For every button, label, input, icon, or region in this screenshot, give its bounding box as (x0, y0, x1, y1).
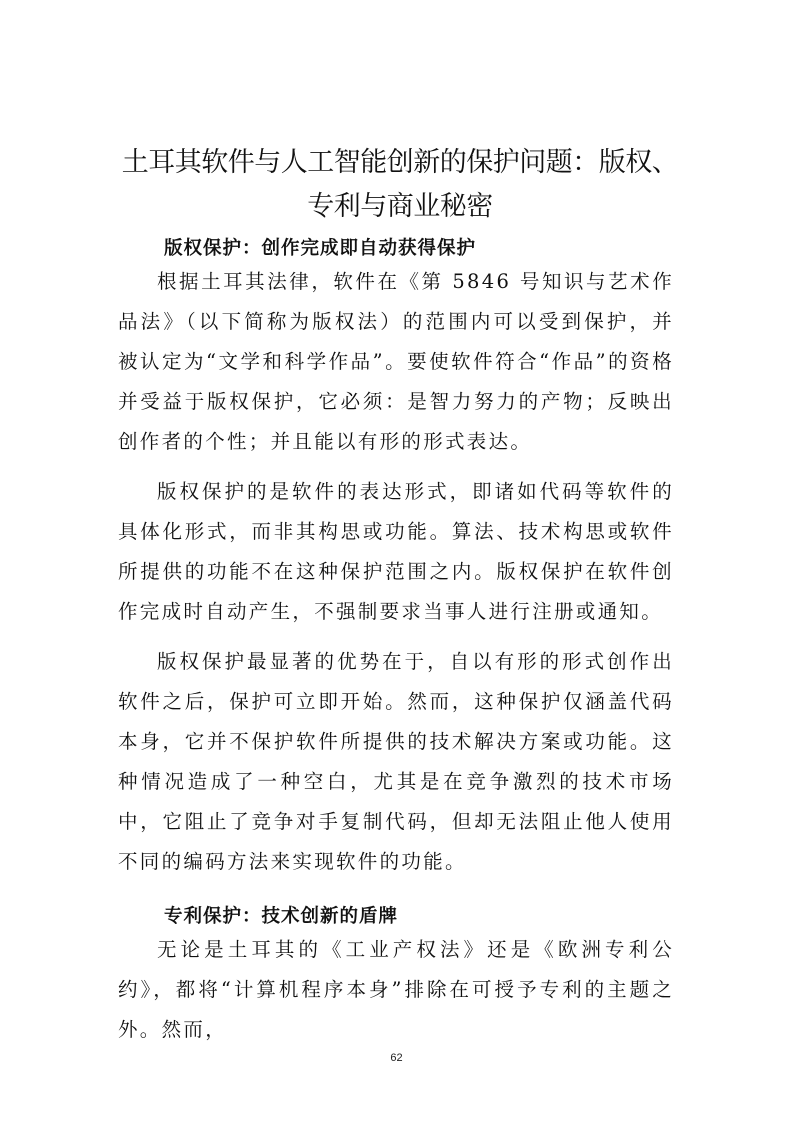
document-title: 土耳其软件与人工智能创新的保护问题：版权、专利与商业秘密 (110, 141, 690, 229)
paragraph-copyright-advantage: 版权保护最显著的优势在于，自以有形的形式创作出软件之后，保护可立即开始。然而，这… (118, 642, 674, 882)
page-number: 62 (0, 1052, 793, 1064)
document-page: 土耳其软件与人工智能创新的保护问题：版权、专利与商业秘密 版权保护：创作完成即自… (0, 0, 793, 1122)
paragraph-copyright-scope: 版权保护的是软件的表达形式，即诸如代码等软件的具体化形式，而非其构思或功能。算法… (118, 472, 674, 632)
paragraph-patent-exclusion: 无论是土耳其的《工业产权法》还是《欧洲专利公约》，都将“计算机程序本身”排除在可… (118, 930, 674, 1050)
section-heading-copyright: 版权保护：创作完成即自动获得保护 (164, 234, 476, 260)
section-heading-patent: 专利保护：技术创新的盾牌 (164, 902, 398, 928)
paragraph-copyright-definition: 根据土耳其法律，软件在《第 5846 号知识与艺术作品法》（以下简称为版权法）的… (118, 262, 674, 462)
